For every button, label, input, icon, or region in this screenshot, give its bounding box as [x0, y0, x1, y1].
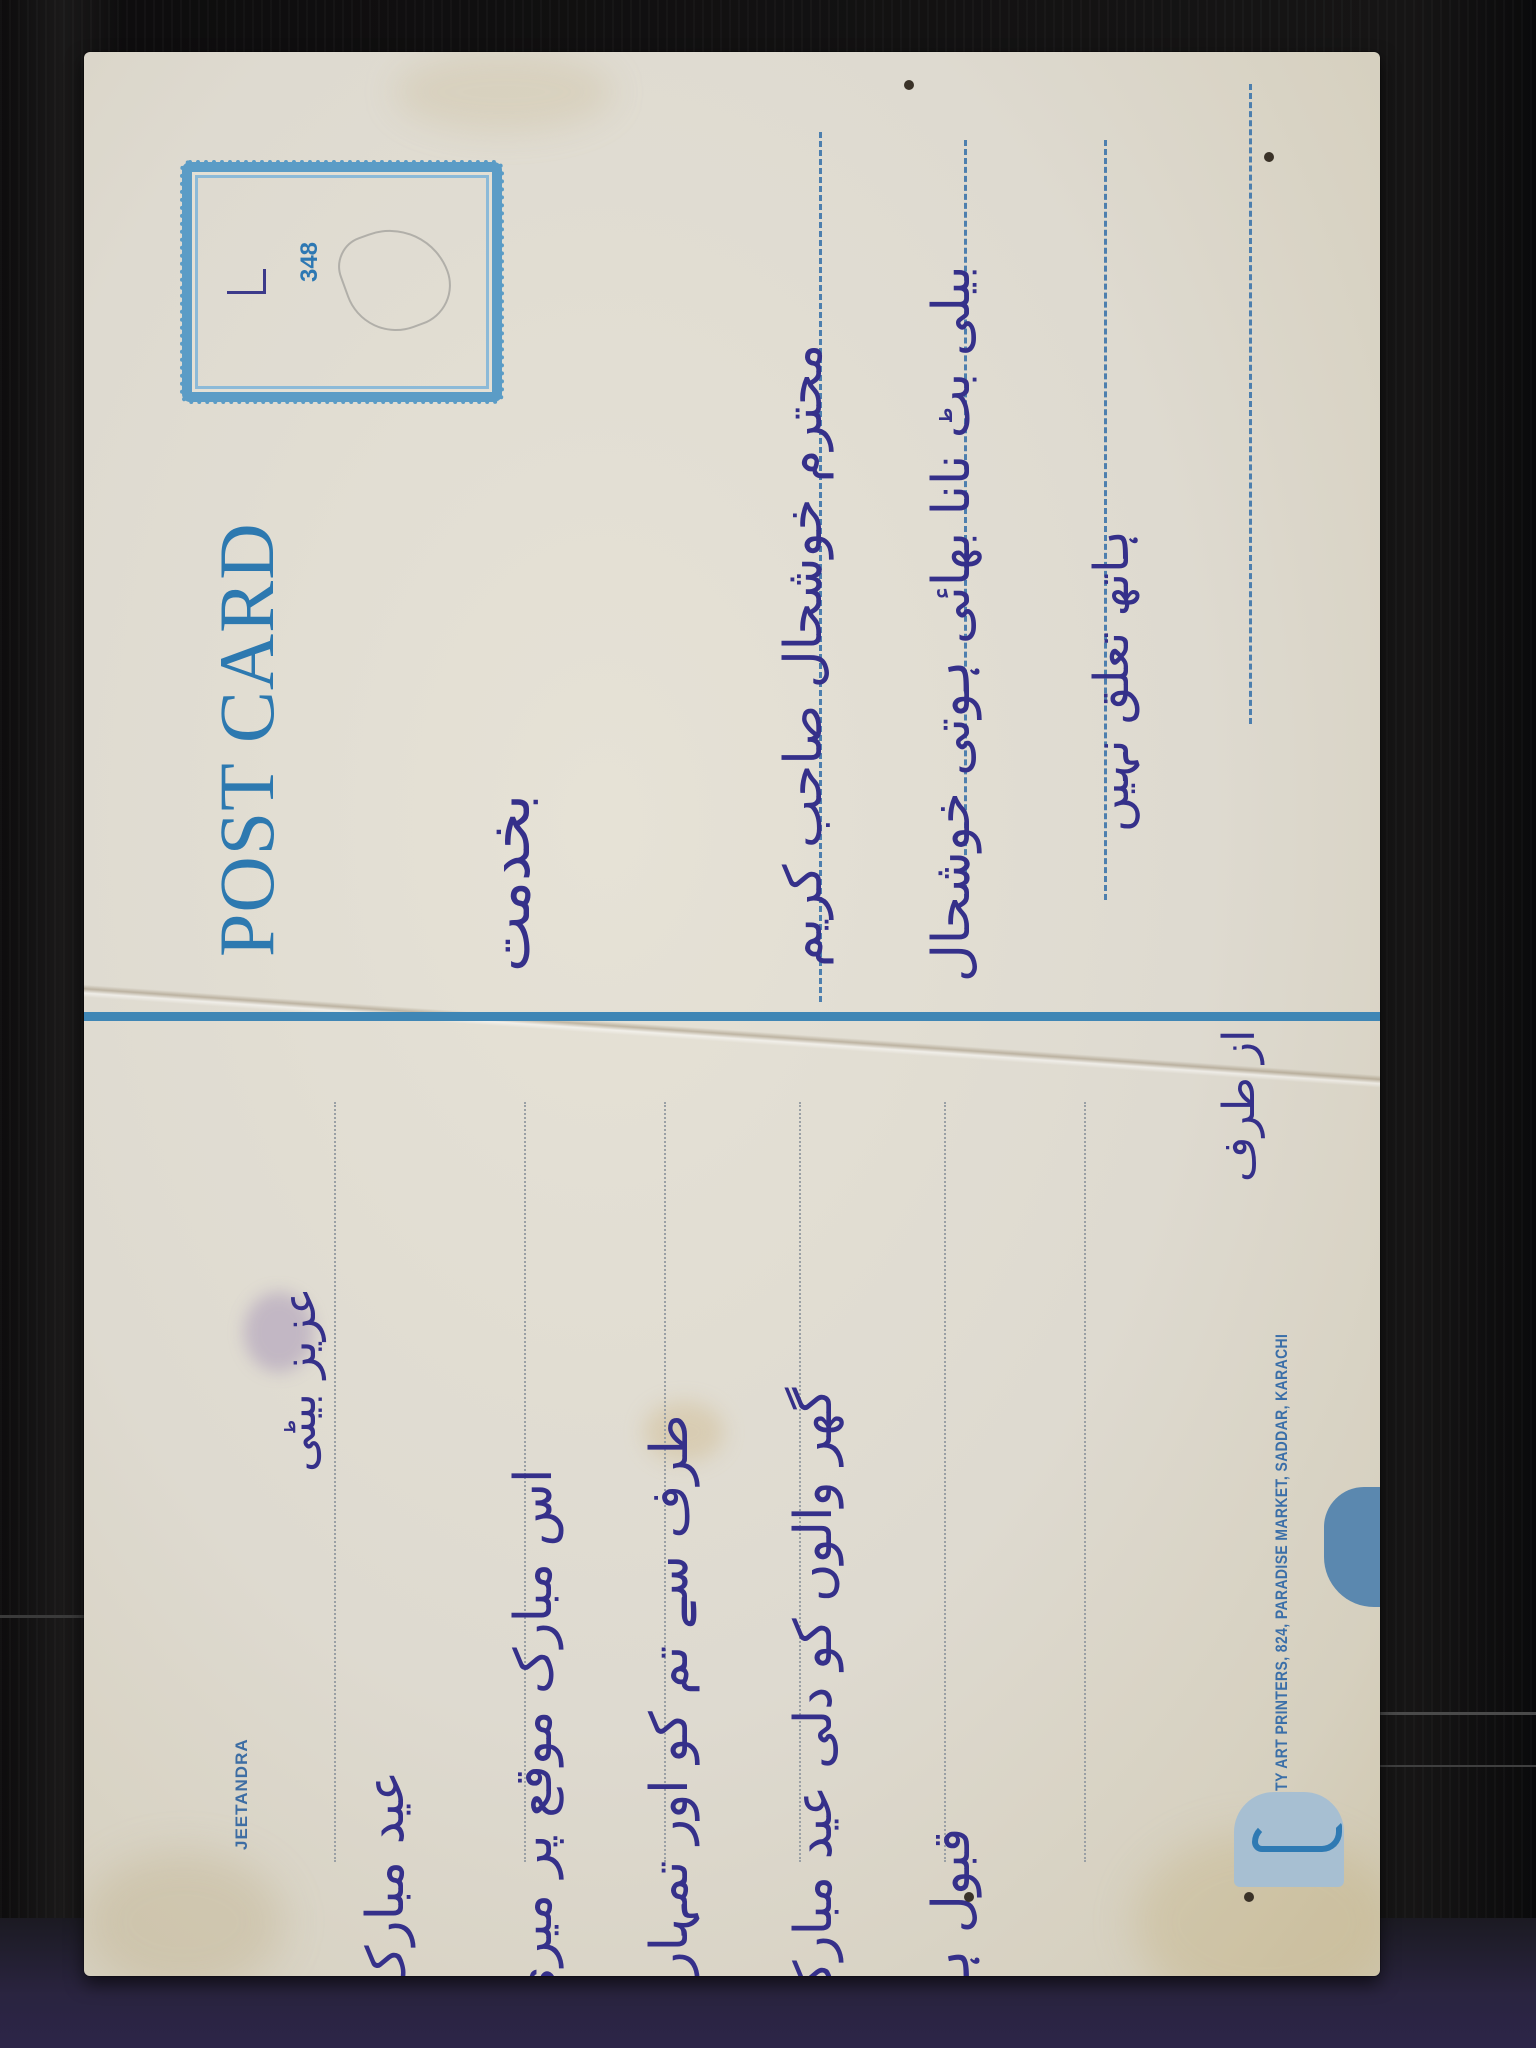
pen-mark [227, 269, 266, 294]
handwritten-message-line: عزیز بیٹی [272, 1287, 326, 1472]
pin-hole [964, 1892, 974, 1902]
printer-logo-icon [1234, 1792, 1344, 1887]
age-stain [394, 52, 614, 132]
handwritten-signature: از طرف [1214, 1030, 1265, 1182]
background-shelf-edge [1378, 1765, 1536, 1767]
background-shelf-edge [1378, 1712, 1536, 1715]
message-line [1084, 1102, 1086, 1862]
post-card-heading: POST CARD [202, 522, 292, 957]
pin-hole [1244, 1892, 1254, 1902]
postcard: 348 POST CARD JEETANDRA BEAUTY ART PRINT… [84, 52, 1380, 1976]
handwritten-message-line: طرف سے تم کو اور تمہارے [640, 1415, 700, 1976]
center-divider-line [84, 1012, 1380, 1021]
pin-hole [1264, 152, 1274, 162]
handwritten-address-line: بیلی بٹ نانا بھائی ہوتی خوشحال [922, 265, 982, 982]
handwritten-message-line: اس مبارک موقع پر میری [504, 1469, 564, 1976]
blue-ink-blot [1324, 1487, 1380, 1607]
stamp-box-number: 348 [296, 242, 324, 282]
handwritten-address-line: محترم خوشحال صاحب کریم [774, 344, 834, 967]
handwritten-message-line: گھر والوں کو دلی عید مبارک [784, 1387, 844, 1976]
message-line [334, 1102, 336, 1862]
age-stain [84, 1852, 284, 1976]
message-line [944, 1102, 946, 1862]
card-crease [84, 972, 1380, 1092]
handwritten-address-line: بخدمت [474, 794, 544, 972]
pin-hole [904, 80, 914, 90]
background-shelf-edge [0, 1615, 90, 1618]
printer-credit: BEAUTY ART PRINTERS, 824, PARADISE MARKE… [1272, 1334, 1292, 1832]
handwritten-address-line: ہاتھ تعلق نہیں [1084, 530, 1140, 832]
handwritten-message-line: عید مبارک [356, 1770, 416, 1976]
photo-caption: JEETANDRA [232, 1738, 252, 1850]
handwritten-message-line: قبول ہو [922, 1828, 982, 1976]
address-line [1249, 84, 1252, 724]
